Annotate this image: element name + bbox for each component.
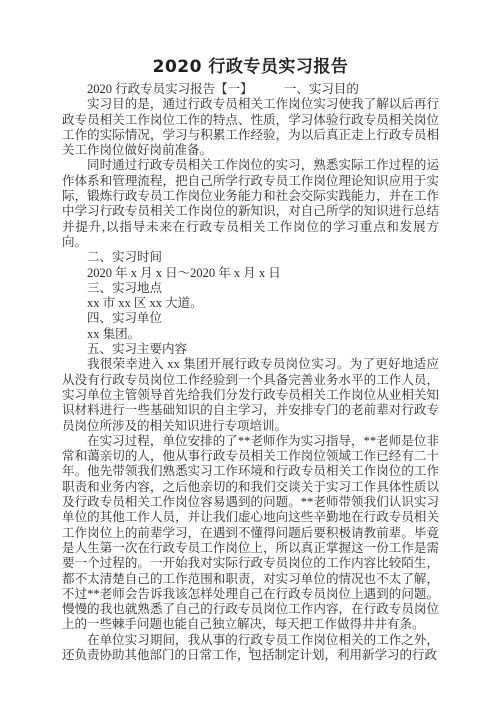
section-heading-content: 五、实习主要内容 bbox=[62, 342, 439, 357]
report-subtitle-line: 2020 行政专员实习报告【一】 一、实习目的 bbox=[62, 82, 439, 97]
paragraph-purpose-2: 同时通过行政专员相关工作岗位的实习，熟悉实际工作过程的运作体系和管理流程，把自己… bbox=[62, 158, 439, 250]
page-number: 1 bbox=[0, 646, 500, 656]
paragraph-purpose-1: 实习目的是，通过行政专员相关工作岗位实习使我了解以后再行政专员相关工作岗位工作的… bbox=[62, 97, 439, 158]
paragraph-location-value: xx 市 xx 区 xx 大道。 bbox=[62, 296, 439, 311]
section-heading-time: 二、实习时间 bbox=[62, 250, 439, 265]
paragraph-content-1: 我很荣幸进入 xx 集团开展行政专员岗位实习。为了更好地适应从没有行政专员岗位工… bbox=[62, 357, 439, 433]
paragraph-content-2: 在实习过程，单位安排的了**老师作为实习指导，**老师是位非常和蔼亲切的人，他从… bbox=[62, 434, 439, 633]
paragraph-unit-value: xx 集团。 bbox=[62, 327, 439, 342]
document-title: 2020 行政专员实习报告 bbox=[62, 56, 439, 78]
paragraph-time-value: 2020 年 x 月 x 日～2020 年 x 月 x 日 bbox=[62, 266, 439, 281]
section-heading-location: 三、实习地点 bbox=[62, 281, 439, 296]
document-page: 2020 行政专员实习报告 2020 行政专员实习报告【一】 一、实习目的 实习… bbox=[0, 0, 500, 707]
section-heading-unit: 四、实习单位 bbox=[62, 311, 439, 326]
document-content: 2020 行政专员实习报告 2020 行政专员实习报告【一】 一、实习目的 实习… bbox=[62, 56, 439, 663]
